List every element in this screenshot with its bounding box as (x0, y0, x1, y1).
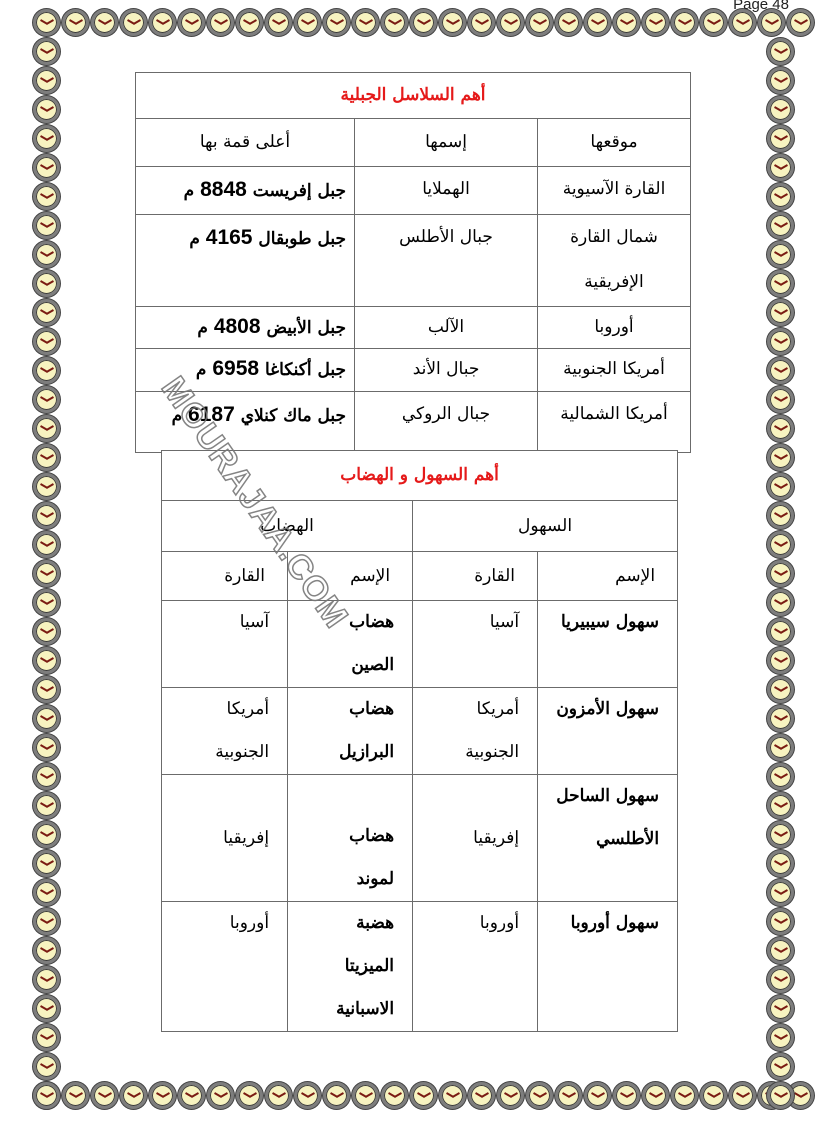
cell-peak: جبل إفريست 8848 م (136, 167, 355, 215)
clock-icon (33, 734, 60, 761)
clock-icon (33, 502, 60, 529)
clock-icon (33, 792, 60, 819)
clock-icon (120, 1082, 147, 1109)
peak-name: جبل إفريست (253, 181, 346, 201)
clock-icon (767, 473, 794, 500)
table-row: أمريكا الجنوبية جبال الأند جبل أكنكاغا 6… (136, 349, 691, 392)
clock-icon (767, 908, 794, 935)
table-row: أوروبا الآلب جبل الأبيض 4808 م (136, 307, 691, 349)
clock-icon (767, 502, 794, 529)
clock-icon (767, 705, 794, 732)
clock-icon (767, 879, 794, 906)
cell-plain-name: سهول الساحل الأطلسي (538, 775, 678, 902)
clock-icon (767, 763, 794, 790)
peak-name: جبل طوبقال (258, 229, 346, 249)
clock-icon (33, 531, 60, 558)
peak-height: 8848 (200, 178, 247, 201)
peak-height: 4165 (206, 226, 253, 249)
clock-icon (294, 9, 321, 36)
mountain-ranges-title: أهم السلاسل الجبلية (136, 73, 691, 119)
clock-icon (33, 473, 60, 500)
clock-icon (767, 1024, 794, 1051)
cell-location: شمال القارة الإفريقية (538, 215, 691, 307)
clock-icon (767, 560, 794, 587)
clock-icon (381, 1082, 408, 1109)
clock-icon (555, 9, 582, 36)
clock-icon (671, 9, 698, 36)
clock-icon (526, 1082, 553, 1109)
peak-height: 6187 (188, 403, 235, 426)
plains-plateaus-title: أهم السهول و الهضاب (162, 451, 678, 501)
clock-icon (265, 1082, 292, 1109)
peak-height: 4808 (214, 315, 261, 338)
clock-icon (410, 1082, 437, 1109)
cell-plateau-continent: أوروبا (162, 902, 288, 1032)
clock-icon (584, 1082, 611, 1109)
cell-plain-name: سهول سيبيريا (538, 601, 678, 688)
cell-peak: جبل طوبقال 4165 م (136, 215, 355, 307)
border-right (767, 38, 794, 1111)
cell-peak: جبل أكنكاغا 6958 م (136, 349, 355, 392)
clock-icon (33, 560, 60, 587)
table-row: أمريكا الشمالية جبال الروكي جبل ماك كنلا… (136, 392, 691, 453)
peak-name: جبل الأبيض (266, 318, 346, 338)
cell-plain-continent: إفريقيا (413, 775, 538, 902)
clock-icon (439, 1082, 466, 1109)
unit: م (172, 406, 183, 426)
header-highest-peak: أعلى قمة بها (136, 119, 355, 167)
table-row: سهول الأمزون أمريكا الجنوبية هضاب البراز… (162, 688, 678, 775)
clock-icon (33, 589, 60, 616)
clock-icon (468, 1082, 495, 1109)
clock-icon (352, 9, 379, 36)
header-location: موقعها (538, 119, 691, 167)
clock-icon (62, 1082, 89, 1109)
clock-icon (642, 9, 669, 36)
clock-icon (767, 734, 794, 761)
clock-icon (767, 38, 794, 65)
cell-location: أمريكا الجنوبية (538, 349, 691, 392)
cell-plateau-name: هضاب لموند (288, 775, 413, 902)
cell-plain-continent: أمريكا الجنوبية (413, 688, 538, 775)
clock-icon (33, 241, 60, 268)
peak-name: جبل ماك كنلاي (241, 406, 346, 426)
clock-icon (758, 9, 785, 36)
header-plains: السهول (413, 501, 678, 552)
unit: م (197, 318, 208, 338)
clock-icon (642, 1082, 669, 1109)
cell-plateau-name: هضبة الميزيتا الاسبانية (288, 902, 413, 1032)
clock-icon (767, 531, 794, 558)
subheader-plain-continent: القارة (413, 552, 538, 601)
clock-icon (767, 96, 794, 123)
cell-name: جبال الأند (355, 349, 538, 392)
clock-icon (700, 1082, 727, 1109)
cell-location: أمريكا الشمالية (538, 392, 691, 453)
clock-icon (381, 9, 408, 36)
clock-icon (149, 1082, 176, 1109)
clock-icon (33, 937, 60, 964)
clock-icon (767, 937, 794, 964)
clock-icon (33, 212, 60, 239)
unit: م (196, 360, 207, 380)
clock-icon (33, 270, 60, 297)
table-row: سهول أوروبا أوروبا هضبة الميزيتا الاسبان… (162, 902, 678, 1032)
clock-icon (729, 9, 756, 36)
clock-icon (671, 1082, 698, 1109)
clock-icon (767, 1053, 794, 1080)
clock-icon (207, 9, 234, 36)
clock-icon (767, 647, 794, 674)
clock-icon (323, 1082, 350, 1109)
clock-icon (33, 995, 60, 1022)
unit: م (184, 181, 195, 201)
cell-plain-name: سهول الأمزون (538, 688, 678, 775)
clock-icon (33, 154, 60, 181)
cell-plateau-continent: آسيا (162, 601, 288, 688)
clock-icon (767, 183, 794, 210)
clock-icon (33, 908, 60, 935)
subheader-plateau-name: الإسم (288, 552, 413, 601)
clock-icon (33, 9, 60, 36)
clock-icon (767, 299, 794, 326)
clock-icon (33, 618, 60, 645)
clock-icon (33, 125, 60, 152)
clock-icon (33, 38, 60, 65)
clock-icon (207, 1082, 234, 1109)
clock-icon (497, 1082, 524, 1109)
clock-icon (178, 9, 205, 36)
cell-plain-continent: أوروبا (413, 902, 538, 1032)
table-row: شمال القارة الإفريقية جبال الأطلس جبل طو… (136, 215, 691, 307)
clock-icon (767, 67, 794, 94)
clock-icon (33, 1053, 60, 1080)
clock-icon (613, 9, 640, 36)
clock-icon (178, 1082, 205, 1109)
clock-icon (787, 9, 814, 36)
clock-icon (767, 154, 794, 181)
clock-icon (767, 125, 794, 152)
border-bottom (33, 1082, 816, 1109)
clock-icon (33, 647, 60, 674)
clock-icon (767, 386, 794, 413)
clock-icon (33, 821, 60, 848)
clock-icon (767, 357, 794, 384)
clock-icon (767, 241, 794, 268)
page-number: Page 48 (733, 0, 789, 13)
border-left (33, 38, 60, 1111)
clock-icon (33, 850, 60, 877)
plains-plateaus-table: أهم السهول و الهضاب السهول الهضاب الإسم … (161, 450, 678, 1032)
clock-icon (767, 618, 794, 645)
header-name: إسمها (355, 119, 538, 167)
clock-icon (33, 386, 60, 413)
clock-icon (33, 1024, 60, 1051)
border-top (33, 9, 816, 36)
clock-icon (767, 444, 794, 471)
cell-name: جبال الروكي (355, 392, 538, 453)
clock-icon (767, 995, 794, 1022)
cell-peak: جبل ماك كنلاي 6187 م (136, 392, 355, 453)
header-plateaus: الهضاب (162, 501, 413, 552)
clock-icon (33, 299, 60, 326)
clock-icon (767, 676, 794, 703)
clock-icon (33, 444, 60, 471)
clock-icon (767, 270, 794, 297)
clock-icon (149, 9, 176, 36)
clock-icon (410, 9, 437, 36)
clock-icon (497, 9, 524, 36)
clock-icon (91, 9, 118, 36)
clock-icon (33, 763, 60, 790)
clock-icon (91, 1082, 118, 1109)
clock-icon (33, 705, 60, 732)
unit: م (189, 229, 200, 249)
peak-name: جبل أكنكاغا (265, 360, 346, 380)
clock-icon (33, 183, 60, 210)
clock-icon (526, 9, 553, 36)
clock-icon (700, 9, 727, 36)
clock-icon (33, 415, 60, 442)
cell-plateau-continent: أمريكا الجنوبية (162, 688, 288, 775)
clock-icon (294, 1082, 321, 1109)
clock-icon (265, 9, 292, 36)
cell-location: القارة الآسيوية (538, 167, 691, 215)
clock-icon (767, 966, 794, 993)
clock-icon (120, 9, 147, 36)
clock-icon (729, 1082, 756, 1109)
cell-plain-name: سهول أوروبا (538, 902, 678, 1032)
clock-icon (767, 212, 794, 239)
cell-plateau-continent: إفريقيا (162, 775, 288, 902)
cell-name: جبال الأطلس (355, 215, 538, 307)
clock-icon (62, 9, 89, 36)
clock-icon (236, 1082, 263, 1109)
cell-plateau-name: هضاب البرازيل (288, 688, 413, 775)
clock-icon (613, 1082, 640, 1109)
clock-icon (236, 9, 263, 36)
clock-icon (584, 9, 611, 36)
clock-icon (33, 357, 60, 384)
clock-icon (767, 1082, 794, 1109)
cell-plateau-name: هضاب الصين (288, 601, 413, 688)
subheader-plateau-continent: القارة (162, 552, 288, 601)
table-row: القارة الآسيوية الهملايا جبل إفريست 8848… (136, 167, 691, 215)
peak-height: 6958 (212, 357, 259, 380)
clock-icon (439, 9, 466, 36)
clock-icon (323, 9, 350, 36)
subheader-plain-name: الإسم (538, 552, 678, 601)
clock-icon (33, 67, 60, 94)
clock-icon (468, 9, 495, 36)
clock-icon (33, 328, 60, 355)
clock-icon (555, 1082, 582, 1109)
mountain-ranges-table: أهم السلاسل الجبلية موقعها إسمها أعلى قم… (135, 72, 691, 453)
clock-icon (767, 792, 794, 819)
cell-name: الآلب (355, 307, 538, 349)
clock-icon (767, 850, 794, 877)
clock-icon (33, 879, 60, 906)
cell-location: أوروبا (538, 307, 691, 349)
cell-plain-continent: آسيا (413, 601, 538, 688)
clock-icon (352, 1082, 379, 1109)
clock-icon (33, 676, 60, 703)
clock-icon (767, 589, 794, 616)
clock-icon (767, 415, 794, 442)
cell-peak: جبل الأبيض 4808 م (136, 307, 355, 349)
clock-icon (33, 96, 60, 123)
clock-icon (33, 966, 60, 993)
cell-name: الهملايا (355, 167, 538, 215)
clock-icon (33, 1082, 60, 1109)
table-row: سهول الساحل الأطلسي إفريقيا هضاب لموند إ… (162, 775, 678, 902)
clock-icon (767, 821, 794, 848)
clock-icon (767, 328, 794, 355)
table-row: سهول سيبيريا آسيا هضاب الصين آسيا (162, 601, 678, 688)
